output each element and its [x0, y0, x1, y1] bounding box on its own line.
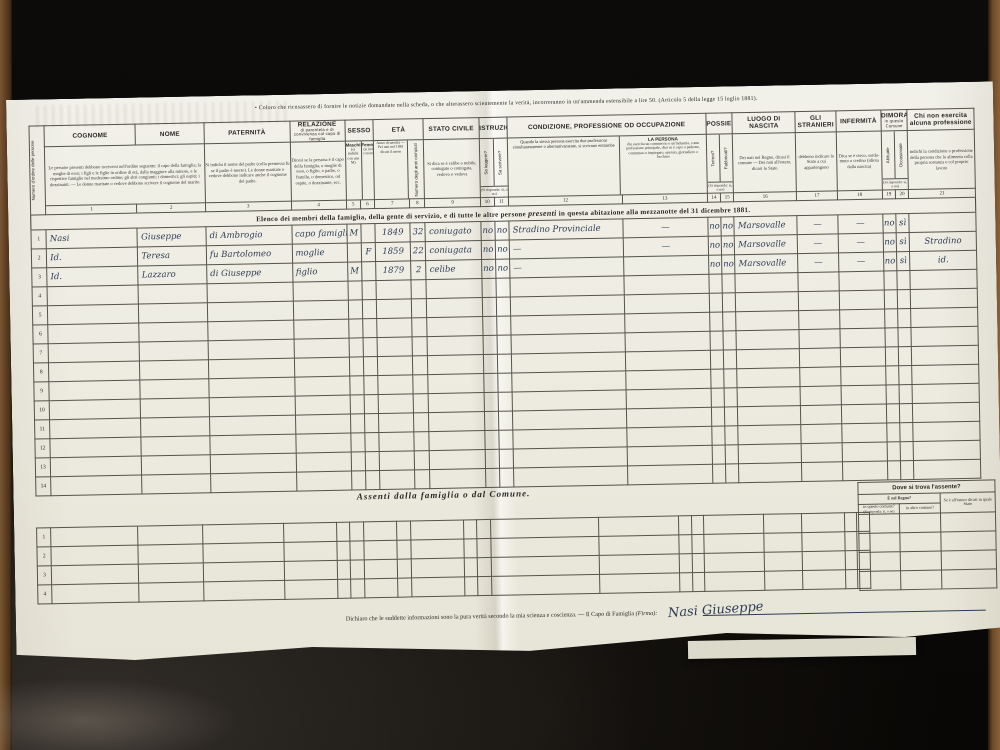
empty-cell — [845, 570, 858, 589]
cell-professione — [511, 333, 625, 354]
cell-anno-nascita: 1859 — [375, 242, 411, 262]
cell-infermita: — — [838, 233, 883, 253]
cell-row-number: 4 — [32, 287, 48, 306]
cell-cognome — [51, 475, 143, 496]
cell-luogo-nascita — [739, 463, 802, 483]
note-chi-non-esercita: indichi la condizione o professione dell… — [908, 130, 976, 190]
cell-fabbricati — [723, 312, 737, 331]
cell-dimora-abituale: no — [883, 252, 897, 271]
cell-maschi — [350, 395, 365, 414]
cell-row-number: 3 — [32, 268, 48, 287]
empty-cell — [364, 578, 398, 598]
cell-femmine — [363, 319, 378, 338]
col-number: 8 — [410, 199, 425, 208]
abituale-label: Abituale — [886, 147, 891, 163]
cell-sa-scrivere — [498, 392, 513, 411]
cell-professione — [511, 352, 625, 373]
cell-luogo-nascita: Marsovalle — [734, 216, 797, 236]
sub-abituale: Abituale — [881, 132, 894, 179]
cell-anno-nascita — [377, 337, 413, 357]
cell-luogo-nascita — [736, 330, 799, 350]
maschi-note: (si indichi con una M) — [346, 148, 361, 165]
cell-terreni — [711, 388, 725, 407]
cell-anni-compiuti — [412, 337, 428, 356]
cell-fabbricati — [725, 407, 739, 426]
cell-terreni — [711, 369, 725, 388]
cell-anni-compiuti — [414, 432, 430, 451]
cell-stato-civile — [429, 412, 484, 432]
cell-dimora-occasionale — [900, 442, 914, 461]
empty-cell — [680, 573, 693, 592]
cell-infermita — [840, 328, 885, 348]
cell-dimora-abituale — [884, 271, 898, 290]
cell-la-persona — [627, 408, 712, 429]
cell-dimora-occasionale — [897, 290, 911, 309]
cell-sa-scrivere — [496, 297, 511, 316]
cell-row-number: 2 — [31, 249, 47, 268]
col-title-relazione: RELAZIONEdi parentela e di convivenza co… — [289, 120, 345, 142]
cell-femmine — [365, 452, 380, 471]
cell-sa-scrivere — [498, 411, 513, 430]
cell-relazione: moglie — [292, 243, 347, 263]
cell-row-number: 10 — [34, 401, 50, 420]
cell-anno-nascita: 1879 — [376, 261, 412, 281]
cell-maschi — [348, 319, 363, 338]
cell-anni-compiuti — [412, 299, 428, 318]
note-stato-civile: Si dica se è celibe o nubile, coniugato … — [424, 139, 480, 199]
anno-nascita-note: Anno di nascita — Pei nati nel 1881 dica… — [374, 141, 407, 154]
cell-cognome — [48, 304, 140, 325]
occasionale-label: Occasionale — [899, 143, 904, 167]
empty-cell — [337, 541, 351, 560]
empty-cell — [351, 560, 365, 579]
empty-cell — [477, 538, 491, 557]
empty-cell — [464, 577, 478, 596]
cell-sa-scrivere: no — [495, 259, 510, 278]
cell-dimora-abituale — [887, 461, 901, 480]
cell-relazione — [296, 452, 351, 472]
note-cognome-nome: Le persone presenti debbono iscriversi n… — [45, 144, 206, 206]
cell-anno-nascita — [378, 394, 414, 414]
empty-cell — [477, 519, 491, 538]
cell-cognome: Id. — [47, 266, 139, 287]
note-stranieri: debbono indicare lo Stato a cui apparten… — [795, 132, 837, 192]
col-title-istruzione: ISTRUZIONE — [479, 117, 508, 139]
cell-anno-nascita — [377, 318, 413, 338]
sub-condizione: Quando la stessa persona esercita due pr… — [507, 135, 707, 198]
empty-cell — [411, 558, 464, 578]
empty-cell — [463, 520, 477, 539]
col-number: 20 — [895, 190, 908, 199]
empty-cell — [600, 573, 681, 594]
empty-cell — [351, 579, 365, 598]
istruzione-risponda-note: (Si risponda: sì, o no) — [480, 186, 508, 198]
cell-stato-civile — [428, 355, 483, 375]
cell-dimora-occasionale: sì — [897, 252, 911, 271]
dimora-risponda-note: (Si risponda: sì, o no) — [882, 178, 908, 189]
cell-professione: — — [509, 238, 623, 259]
empty-cell — [477, 557, 491, 576]
empty-cell — [397, 559, 412, 578]
empty-cell — [900, 513, 941, 533]
cell-professione — [511, 314, 625, 335]
cell-relazione — [294, 376, 349, 396]
cell-nome — [142, 455, 211, 475]
cell-fabbricati — [723, 350, 737, 369]
cell-dimora-occasionale: sì — [896, 214, 910, 233]
cell-relazione — [292, 281, 347, 301]
cell-stato-civile — [429, 393, 484, 413]
empty-cell — [942, 569, 997, 589]
cell-sa-leggere — [482, 279, 497, 298]
cell-terreni — [709, 293, 723, 312]
empty-cell — [599, 554, 680, 575]
cell-anni-compiuti: 2 — [411, 261, 427, 280]
cell-anni-compiuti: 22 — [411, 242, 427, 261]
cell-la-persona: — — [623, 237, 708, 258]
cell-paternita — [211, 472, 297, 493]
cell-anni-compiuti — [413, 375, 429, 394]
cell-terreni — [712, 445, 726, 464]
cell-femmine — [362, 281, 377, 300]
cell-stato-civile — [426, 279, 481, 299]
cell-luogo-nascita — [737, 349, 800, 369]
cell-row-number: 1 — [31, 230, 47, 249]
empty-cell — [478, 576, 492, 595]
cell-nome — [140, 379, 209, 399]
due-professioni-note: Quando la stessa persona esercita due pr… — [508, 137, 619, 153]
subtitle-emphasis: presenti — [528, 208, 557, 218]
empty-cell — [284, 522, 337, 542]
cell-stato-civile — [428, 374, 483, 394]
empty-cell — [363, 521, 397, 541]
cell-stato-civile — [430, 450, 485, 470]
cell-infermita — [839, 290, 884, 310]
cell-row-number: 5 — [32, 306, 48, 325]
dove-body-row — [859, 550, 996, 572]
cell-luogo-nascita — [739, 444, 802, 464]
empty-cell — [338, 579, 352, 598]
cell-fabbricati — [726, 464, 740, 483]
cell-luogo-nascita — [735, 273, 798, 293]
empty-cell — [858, 514, 899, 534]
cell-infermita — [841, 404, 886, 424]
cell-dimora-occasionale — [897, 271, 911, 290]
empty-cell — [679, 516, 692, 535]
cell-professione: Stradino Provinciale — [509, 219, 623, 240]
dove-body-row — [858, 512, 995, 534]
cell-row-number: 7 — [33, 344, 49, 363]
cell-nome — [139, 303, 208, 323]
cell-chi-non-esercita: id. — [910, 250, 977, 270]
sub-dimora: Abituale Occasionale (Si risponda: sì, o… — [881, 131, 909, 190]
empty-cell — [802, 551, 845, 571]
cell-maschi: M — [347, 262, 362, 281]
cell-cognome — [50, 456, 142, 477]
empty-cell — [941, 531, 996, 551]
cell-professione — [514, 466, 628, 487]
cell-stranieri — [801, 405, 842, 425]
cell-dimora-abituale — [886, 423, 900, 442]
cell-luogo-nascita — [736, 311, 799, 331]
empty-cell — [764, 571, 803, 591]
empty-cell — [203, 523, 284, 544]
empty-cell — [941, 512, 996, 532]
empty-cell — [692, 572, 705, 591]
head-of-family-signature: Nasi Giuseppe — [667, 599, 764, 621]
col-title-possiede: POSSIEDE — [706, 113, 733, 135]
cell-femmine — [364, 395, 379, 414]
cell-paternita — [210, 434, 296, 455]
empty-cell — [52, 583, 139, 604]
sub-terreni: Terreni? — [707, 135, 720, 182]
col-title-chi-non-esercita: Chi non esercita alcuna professione — [907, 108, 974, 131]
cell-chi-non-esercita — [913, 402, 980, 422]
subtitle-post: in questa abitazione alla mezzanotte del… — [557, 206, 751, 218]
presenti-table: Numero d'ordine delle persone COGNOME NO… — [28, 108, 981, 497]
empty-cell — [802, 513, 845, 533]
empty-cell — [705, 552, 765, 572]
cell-sa-scrivere — [499, 449, 514, 468]
sub-sesso: Maschi(si indichi con una M) Femmine(si … — [345, 141, 375, 201]
floor-shadow — [0, 678, 240, 750]
sub-anno-nascita: Anno di nascita — Pei nati nel 1881 dica… — [374, 141, 408, 200]
note-relazione: Dicesi se la persona è il capo della fam… — [290, 141, 346, 201]
cell-terreni — [709, 312, 723, 331]
cell-terreni — [712, 426, 726, 445]
cell-professione — [513, 409, 627, 430]
la-persona-note: che esercita un commercio o un'industria… — [620, 141, 706, 159]
cell-stranieri: — — [797, 234, 838, 254]
declaration-body: Dichiaro che le suddette informazioni so… — [346, 610, 636, 622]
cell-infermita — [841, 385, 886, 405]
sub-anni-compiuti: Numero degli anni compiuti — [407, 140, 424, 198]
col-number: 19 — [882, 190, 895, 199]
terreni-label: Terreni? — [711, 150, 716, 166]
sub-due-professioni: Quando la stessa persona esercita due pr… — [508, 137, 620, 197]
cell-paternita — [209, 415, 295, 436]
cell-infermita: — — [839, 252, 884, 272]
cell-chi-non-esercita — [911, 307, 978, 327]
dimora-subtitle: in questo Comune — [881, 119, 907, 128]
cell-relazione — [294, 338, 349, 358]
cell-la-persona — [624, 256, 709, 277]
cell-infermita — [840, 309, 885, 329]
cell-chi-non-esercita — [911, 326, 978, 346]
cell-infermita — [842, 423, 887, 443]
cell-la-persona — [624, 294, 709, 315]
cell-row-number: 3 — [37, 566, 52, 585]
cell-dimora-occasionale — [898, 328, 912, 347]
cell-femmine — [363, 357, 378, 376]
femmine-note: (si indichi con una F) — [361, 147, 374, 156]
cell-cognome: Id. — [47, 247, 139, 268]
cell-row-number: 14 — [36, 477, 52, 496]
empty-cell — [138, 525, 204, 545]
empty-cell — [704, 514, 764, 534]
cell-terreni — [710, 350, 724, 369]
col-title-stato-civile: STATO CIVILE — [423, 118, 479, 140]
cell-sa-leggere — [483, 336, 498, 355]
cell-row-number: 8 — [33, 363, 49, 382]
sa-leggere-label: Sa leggere? — [484, 151, 489, 175]
cell-chi-non-esercita — [911, 288, 978, 308]
cell-terreni: no — [708, 236, 722, 255]
cell-chi-non-esercita: Stradino — [909, 232, 976, 252]
cell-terreni — [711, 407, 725, 426]
cell-la-persona — [624, 275, 709, 296]
cell-stato-civile: coniugata — [426, 241, 481, 261]
cell-dimora-abituale — [885, 328, 899, 347]
cell-sa-scrivere — [496, 278, 511, 297]
cell-stranieri — [799, 310, 840, 330]
cell-anni-compiuti — [412, 318, 428, 337]
cell-infermita — [841, 366, 886, 386]
cell-la-persona — [627, 446, 712, 467]
under-sheet — [688, 637, 916, 659]
cell-anni-compiuti — [411, 280, 427, 299]
cell-stranieri — [801, 443, 842, 463]
dove-risponda-note: (Si risponda: sì, o no) — [859, 509, 899, 514]
declaration-line: Dichiaro che le suddette informazioni so… — [346, 596, 986, 623]
empty-cell — [336, 522, 350, 541]
cell-stato-civile — [427, 317, 482, 337]
cell-chi-non-esercita — [912, 364, 979, 384]
cell-femmine — [363, 338, 378, 357]
cell-infermita — [842, 461, 887, 481]
cell-paternita — [207, 301, 293, 322]
cell-row-number: 13 — [35, 458, 51, 477]
empty-cell — [900, 532, 941, 552]
col-number: 6 — [360, 200, 374, 209]
cell-chi-non-esercita — [914, 459, 981, 479]
cell-dimora-occasionale: sì — [896, 233, 910, 252]
cell-la-persona — [626, 370, 711, 391]
empty-cell — [363, 540, 397, 560]
empty-cell — [464, 558, 478, 577]
cell-stranieri — [798, 272, 839, 292]
empty-cell — [490, 517, 599, 538]
cell-stranieri — [802, 462, 843, 482]
cell-sa-leggere — [484, 393, 499, 412]
cell-dimora-occasionale — [899, 385, 913, 404]
empty-cell — [692, 534, 705, 553]
empty-cell — [464, 539, 478, 558]
cell-chi-non-esercita — [913, 440, 980, 460]
cell-la-persona — [625, 332, 710, 353]
empty-cell — [845, 532, 858, 551]
cell-stato-civile — [430, 469, 485, 489]
cell-anni-compiuti — [414, 413, 430, 432]
cell-luogo-nascita: Marsovalle — [735, 254, 798, 274]
cell-paternita — [208, 320, 294, 341]
col-title-eta: ETÀ — [373, 119, 424, 141]
col-number: 15 — [720, 193, 733, 202]
cell-infermita — [840, 347, 885, 367]
cell-nome — [139, 322, 208, 342]
cell-stato-civile — [428, 336, 483, 356]
cell-fabbricati — [724, 388, 738, 407]
cell-stranieri: — — [797, 215, 838, 235]
col-title-paternita: PATERNITÀ — [204, 121, 290, 144]
empty-cell — [350, 522, 364, 541]
empty-cell — [845, 551, 858, 570]
cell-stranieri — [800, 367, 841, 387]
cell-maschi — [351, 452, 366, 471]
cell-row-number: 2 — [37, 547, 52, 566]
cell-fabbricati: no — [722, 255, 736, 274]
fabbricati-label: Fabbricati? — [724, 147, 729, 169]
cell-nome — [140, 360, 209, 380]
cell-sa-scrivere — [497, 316, 512, 335]
cell-relazione — [293, 319, 348, 339]
col-title-luogo-nascita: LUOGO DI NASCITA — [732, 112, 795, 134]
possiede-risponda-note: (Si risponda: sì, o no) — [707, 182, 733, 193]
sub-sa-leggere: Sa leggere? — [479, 139, 493, 186]
cell-femmine: F — [361, 243, 376, 262]
cell-anno-nascita — [376, 299, 412, 319]
sub-fabbricati: Fabbricati? — [719, 135, 733, 182]
cell-stranieri — [800, 386, 841, 406]
sub-occasionale: Occasionale — [894, 131, 908, 178]
cell-terreni: no — [708, 255, 722, 274]
cell-row-number: 9 — [34, 382, 50, 401]
cell-stato-civile — [427, 298, 482, 318]
dove-body-row — [859, 531, 996, 553]
anni-compiuti-label: Numero degli anni compiuti — [414, 143, 419, 196]
cell-anni-compiuti: 32 — [410, 223, 426, 242]
cell-cognome — [49, 380, 141, 401]
cell-maschi: M — [347, 224, 362, 243]
cell-cognome — [50, 418, 142, 439]
col-number: 5 — [346, 200, 360, 209]
empty-cell — [138, 563, 204, 583]
cell-professione — [510, 276, 624, 297]
cell-paternita — [210, 453, 296, 474]
cell-la-persona — [626, 389, 711, 410]
cell-femmine — [365, 433, 380, 452]
cell-femmine — [364, 376, 379, 395]
cell-la-persona — [626, 351, 711, 372]
cell-maschi — [349, 376, 364, 395]
cell-la-persona: — — [623, 218, 708, 239]
col-title-stranieri: GLI STRANIERI — [795, 111, 836, 133]
cell-la-persona — [627, 427, 712, 448]
empty-cell — [411, 539, 464, 559]
empty-cell — [491, 555, 600, 576]
col-number: 11 — [494, 197, 508, 206]
empty-cell — [203, 542, 284, 563]
cell-maschi — [349, 357, 364, 376]
cell-chi-non-esercita — [910, 269, 977, 289]
cell-stranieri: — — [798, 253, 839, 273]
sub-maschi: Maschi(si indichi con una M) — [345, 142, 361, 200]
cell-fabbricati: no — [721, 236, 735, 255]
cell-professione — [512, 390, 626, 411]
dove-questo-comune: in questo comune? (Si risponda: sì, o no… — [858, 504, 899, 515]
cell-dimora-occasionale — [899, 404, 913, 423]
cell-dimora-occasionale — [899, 366, 913, 385]
dove-estero-label: Se è all'estero dicasi in quale Stato — [940, 492, 995, 513]
cell-professione — [513, 428, 627, 449]
empty-cell — [51, 545, 138, 566]
empty-cell — [412, 577, 465, 597]
census-form-sheet: • Coloro che ricusassero di fornire le n… — [6, 81, 1000, 664]
cell-anno-nascita — [379, 413, 415, 433]
cell-terreni: no — [708, 217, 722, 236]
cell-relazione — [295, 395, 350, 415]
cell-fabbricati — [723, 331, 737, 350]
